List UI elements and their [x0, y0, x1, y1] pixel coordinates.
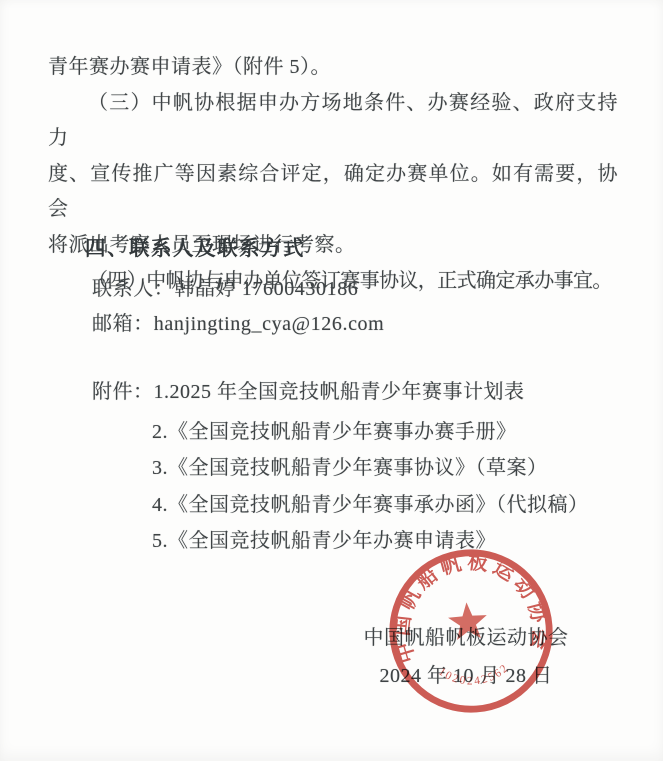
attachment-item-1-text: 1.2025 年全国竞技帆船青少年赛事计划表 [154, 381, 525, 403]
body-text: 青年赛办赛申请表》（附件 5）。 （三）中帆协根据申办方场地条件、办赛经验、政府… [48, 50, 618, 299]
body-line-2: （三）中帆协根据申办方场地条件、办赛经验、政府支持力 [48, 86, 618, 157]
attachments-label: 附件： [92, 381, 154, 403]
seal-star-icon [447, 601, 488, 641]
body-line-1: 青年赛办赛申请表》（附件 5）。 [48, 50, 618, 86]
attachment-item-4: 4.《全国竞技帆船青少年赛事承办函》（代拟稿） [92, 487, 632, 524]
attachment-item-5: 5.《全国竞技帆船青少年办赛申请表》 [92, 523, 632, 560]
attachments-list: 附件：1.2025 年全国竞技帆船青少年赛事计划表 2.《全国竞技帆船青少年赛事… [92, 374, 632, 560]
attachment-item-1: 附件：1.2025 年全国竞技帆船青少年赛事计划表 [92, 374, 632, 411]
section-heading-contacts: 四、联系人及联系方式 [85, 231, 305, 261]
document-page: 青年赛办赛申请表》（附件 5）。 （三）中帆协根据申办方场地条件、办赛经验、政府… [0, 0, 663, 761]
attachment-item-3: 3.《全国竞技帆船青少年赛事协议》（草案） [92, 450, 632, 487]
official-seal-stamp: 中国帆船帆板运动协会 1020242562 [380, 540, 561, 721]
seal-arc-text: 中国帆船帆板运动协会 [384, 544, 555, 667]
seal-serial-number: 1020242562 [435, 661, 512, 690]
contact-email-line: 邮箱：hanjingting_cya@126.com [92, 307, 384, 336]
attachment-item-2: 2.《全国竞技帆船青少年赛事办赛手册》 [92, 414, 632, 451]
contact-person-line: 联系人：韩晶婷 17600430186 [92, 272, 358, 301]
body-line-3: 度、宣传推广等因素综合评定，确定办赛单位。如有需要，协会 [48, 157, 618, 228]
